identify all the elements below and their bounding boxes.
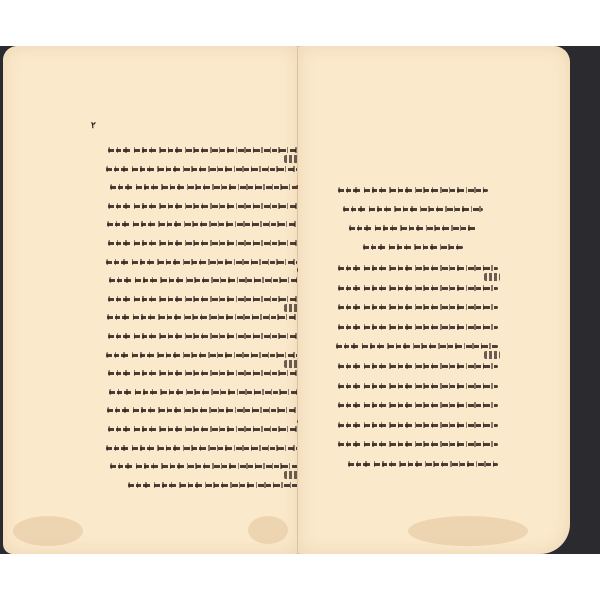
ink-stroke — [338, 187, 488, 193]
manuscript-line — [103, 295, 298, 305]
ink-stroke — [343, 206, 483, 212]
manuscript-line — [328, 224, 498, 234]
manuscript-line — [323, 460, 498, 470]
manuscript-line — [103, 202, 298, 212]
manuscript-line — [103, 183, 298, 193]
manuscript-line — [328, 243, 498, 253]
ink-stroke — [109, 277, 298, 283]
scan-background: ٢ — [0, 46, 600, 554]
ink-stroke — [338, 441, 498, 447]
manuscript-line — [323, 421, 498, 431]
paper-stain — [13, 516, 83, 546]
manuscript-line — [103, 332, 298, 342]
ink-stroke — [109, 389, 298, 395]
ink-stroke — [338, 383, 498, 389]
manuscript-line — [323, 303, 498, 313]
caption: Scanned two-page spread of a handwritten… — [0, 0, 1, 1]
right-page — [298, 46, 570, 554]
ink-stroke — [107, 314, 298, 320]
manuscript-line — [103, 146, 298, 156]
ink-stroke — [336, 343, 498, 349]
manuscript-line — [323, 323, 498, 333]
ink-stroke — [107, 221, 298, 227]
ink-stroke — [338, 304, 498, 310]
manuscript-line — [103, 276, 298, 286]
manuscript-line — [323, 362, 498, 372]
paper-stain — [248, 516, 288, 544]
page-number: ٢ — [91, 121, 96, 131]
manuscript-line — [323, 264, 498, 274]
ink-stroke — [349, 225, 477, 231]
manuscript-line — [103, 406, 298, 416]
manuscript-line — [328, 186, 498, 196]
ink-stroke — [107, 407, 298, 413]
ink-stroke — [108, 426, 298, 432]
ink-stroke — [108, 296, 298, 302]
ink-stroke — [106, 259, 298, 265]
manuscript-line — [103, 220, 298, 230]
ink-stroke — [106, 445, 298, 451]
manuscript-line — [328, 205, 498, 215]
ink-stroke — [348, 461, 498, 467]
manuscript-line — [103, 165, 298, 175]
ink-stroke — [338, 285, 498, 291]
ink-stroke — [108, 147, 298, 153]
ink-stroke — [110, 184, 298, 190]
ink-stroke — [128, 482, 298, 488]
manuscript-line — [323, 342, 498, 352]
ink-stroke — [108, 370, 298, 376]
manuscript-line — [323, 440, 498, 450]
manuscript-line — [323, 382, 498, 392]
ink-stroke — [363, 244, 463, 250]
ink-stroke — [338, 265, 498, 271]
ink-stroke — [108, 333, 298, 339]
manuscript-line — [103, 481, 298, 491]
left-page: ٢ — [3, 46, 298, 554]
ink-stroke — [108, 203, 298, 209]
manuscript-line — [103, 351, 298, 361]
manuscript-line — [103, 369, 298, 379]
paper-stain — [408, 516, 528, 546]
ink-stroke — [106, 352, 298, 358]
ink-stroke — [338, 402, 498, 408]
manuscript-line — [323, 284, 498, 294]
manuscript-line — [103, 239, 298, 249]
ink-stroke — [338, 422, 498, 428]
ink-stroke — [108, 240, 298, 246]
ink-stroke — [106, 166, 298, 172]
ink-stroke — [110, 463, 298, 469]
ink-stroke — [338, 363, 498, 369]
manuscript-line — [103, 313, 298, 323]
manuscript-line — [103, 462, 298, 472]
marginal-note — [484, 351, 500, 359]
marginal-note — [484, 273, 500, 281]
manuscript-line — [103, 425, 298, 435]
manuscript-line — [323, 401, 498, 411]
manuscript-line — [103, 258, 298, 268]
ink-stroke — [338, 324, 498, 330]
manuscript-line — [103, 444, 298, 454]
manuscript-line — [103, 388, 298, 398]
